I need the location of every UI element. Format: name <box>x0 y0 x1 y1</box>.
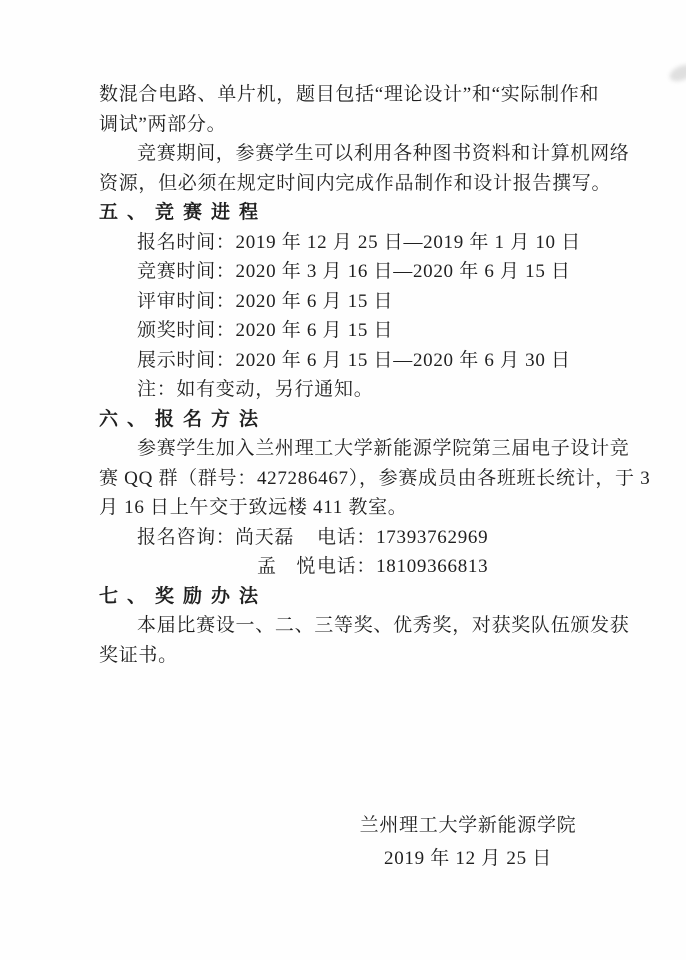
paragraph-line: 本届比赛设一、二、三等奖、优秀奖，对获奖队伍颁发获 <box>99 611 619 641</box>
contact-name: 孟 悦 <box>235 552 317 582</box>
signature-organization: 兰州理工大学新能源学院 <box>352 809 584 842</box>
paragraph-line: 奖证书。 <box>99 641 619 671</box>
paragraph-line: 赛 QQ 群（群号：427286467），参赛成员由各班班长统计，于 3 <box>99 464 619 494</box>
paragraph-line: 竞赛期间，参赛学生可以利用各种图书资料和计算机网络 <box>99 139 619 169</box>
contact-row: 孟 悦电话：18109366813 <box>99 552 619 582</box>
section-heading-registration: 六、报名方法 <box>99 405 619 435</box>
paragraph-line: 数混合电路、单片机，题目包括“理论设计”和“实际制作和 <box>99 80 619 110</box>
signature-block: 兰州理工大学新能源学院 2019 年 12 月 25 日 <box>352 809 584 875</box>
schedule-item: 报名时间：2019 年 12 月 25 日—2019 年 1 月 10 日 <box>99 228 619 258</box>
paragraph-line: 参赛学生加入兰州理工大学新能源学院第三届电子设计竞 <box>99 434 619 464</box>
contact-phone: 电话：18109366813 <box>317 556 488 577</box>
schedule-item: 颁奖时间：2020 年 6 月 15 日 <box>99 316 619 346</box>
contact-phone: 电话：17393762969 <box>317 527 488 548</box>
schedule-item: 竞赛时间：2020 年 3 月 16 日—2020 年 6 月 15 日 <box>99 257 619 287</box>
signature-date: 2019 年 12 月 25 日 <box>352 842 584 875</box>
section-heading-awards: 七、奖励办法 <box>99 582 619 612</box>
contact-row: 报名咨询：尚天磊电话：17393762969 <box>99 523 619 553</box>
paragraph-line: 调试”两部分。 <box>99 110 619 140</box>
section-heading-schedule: 五、竞赛进程 <box>99 198 619 228</box>
schedule-item: 评审时间：2020 年 6 月 15 日 <box>99 287 619 317</box>
schedule-item: 展示时间：2020 年 6 月 15 日—2020 年 6 月 30 日 <box>99 346 619 376</box>
schedule-note: 注：如有变动，另行通知。 <box>99 375 619 405</box>
paragraph-line: 资源，但必须在规定时间内完成作品制作和设计报告撰写。 <box>99 169 619 199</box>
scan-artifact-smudge <box>667 62 686 85</box>
contact-label: 报名咨询： <box>137 523 235 553</box>
scanned-document-page: 数混合电路、单片机，题目包括“理论设计”和“实际制作和 调试”两部分。 竞赛期间… <box>0 0 686 960</box>
document-body: 数混合电路、单片机，题目包括“理论设计”和“实际制作和 调试”两部分。 竞赛期间… <box>99 80 619 670</box>
contact-name: 尚天磊 <box>235 523 317 553</box>
paragraph-line: 月 16 日上午交于致远楼 411 教室。 <box>99 493 619 523</box>
